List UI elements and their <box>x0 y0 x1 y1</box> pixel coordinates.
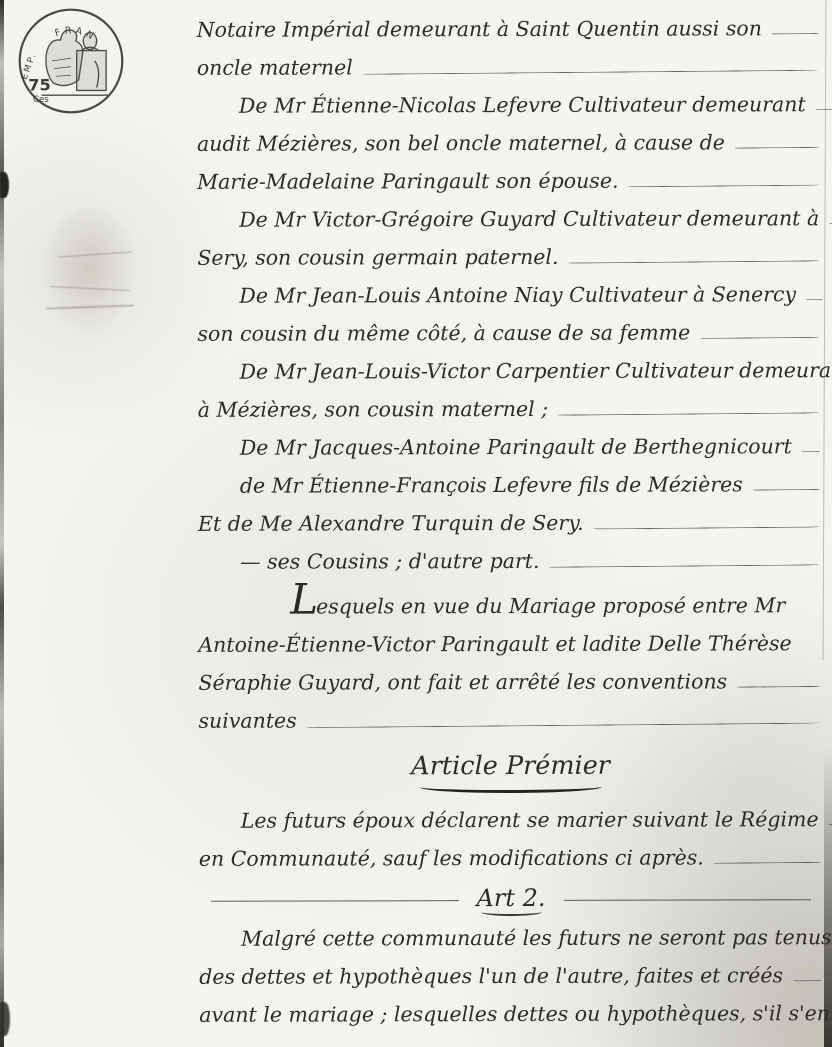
manuscript-line-text: — ses Cousins ; d'autre part. <box>240 542 540 581</box>
manuscript-line-text: oncle maternel <box>197 48 353 86</box>
manuscript-line-text: De Mr Jean-Louis Antoine Niay Cultivateu… <box>239 275 796 314</box>
ink-blot <box>0 172 9 198</box>
stamp-denomination-unit: Ces <box>33 95 49 105</box>
manuscript-line: Les futurs époux déclarent se marier sui… <box>199 800 823 840</box>
manuscript-line-text: suivantes <box>198 702 296 740</box>
manuscript-line: en Communauté, sauf les modifications ci… <box>199 838 823 878</box>
ruled-filler-line <box>558 412 820 415</box>
manuscript-line-text: en Communauté, sauf les modifications ci… <box>199 838 704 877</box>
manuscript-line: de Mr Étienne-François Lefevre fils de M… <box>198 465 822 505</box>
manuscript-line: Séraphie Guyard, ont fait et arrêté les … <box>198 662 822 702</box>
manuscript-line: Art 2. <box>199 878 823 918</box>
ruled-filler-line <box>714 861 821 863</box>
ink-blot <box>0 1002 10 1036</box>
ruled-filler-line <box>700 336 819 338</box>
ruled-filler-line <box>735 146 819 148</box>
manuscript-line: De Mr Étienne-Nicolas Lefevre Cultivateu… <box>197 85 821 125</box>
manuscript-line-text: Notaire Impérial demeurant à Saint Quent… <box>197 9 762 48</box>
ruled-filler-line <box>594 526 820 529</box>
manuscript-line-text: Article Prémier <box>411 747 610 794</box>
manuscript-line: Lesquels en vue du Mariage proposé entre… <box>198 579 822 626</box>
manuscript-line: De Mr Jean-Louis Antoine Niay Cultivateu… <box>197 275 821 315</box>
manuscript-line: des dettes et hypothèques l'un de l'autr… <box>199 956 823 996</box>
manuscript-line-text: avant le mariage ; lesquelles dettes ou … <box>199 994 830 1034</box>
manuscript-line: audit Mézières, son bel oncle maternel, … <box>197 123 821 163</box>
ruled-filler-line <box>816 109 832 110</box>
manuscript-line-text: Antoine-Étienne-Victor Paringault et lad… <box>198 624 791 664</box>
ruled-filler-line <box>569 260 820 263</box>
manuscript-line: avant le mariage ; lesquelles dettes ou … <box>199 994 823 1034</box>
binding-edge-shadow <box>0 0 4 1047</box>
stamp-seated-figure <box>46 30 83 86</box>
manuscript-line-text: De Mr Étienne-Nicolas Lefevre Cultivateu… <box>239 85 806 124</box>
manuscript-line: Antoine-Étienne-Victor Paringault et lad… <box>198 624 822 664</box>
manuscript-scan: FRAN. EMP. 75 Ces Notaire Impérial demeu… <box>0 0 832 1047</box>
page-edge-line <box>823 0 827 660</box>
ruled-filler-line <box>806 299 822 300</box>
ruled-filler-line <box>772 33 819 34</box>
manuscript-line: De Mr Jacques-Antoine Paringault de Bert… <box>198 427 822 467</box>
ruled-filler-line <box>307 722 821 727</box>
manuscript-line-text: De Mr Victor-Grégoire Guyard Cultivateur… <box>239 199 819 239</box>
ruled-filler-line <box>802 451 820 452</box>
ruled-filler-line <box>753 488 820 490</box>
manuscript-line: suivantes <box>198 700 822 740</box>
manuscript-line-text: Et de Me Alexandre Turquin de Sery. <box>198 504 584 543</box>
manuscript-line-text: à Mézières, son cousin maternel ; <box>198 390 548 429</box>
ruled-filler-line <box>829 824 832 825</box>
manuscript-line: Notaire Impérial demeurant à Saint Quent… <box>197 9 821 49</box>
ruled-filler-line <box>550 564 821 567</box>
manuscript-line-text: De Mr Jean-Louis-Victor Carpentier Culti… <box>240 351 832 391</box>
manuscript-line: Article Prémier <box>199 746 823 796</box>
manuscript-line-text: Marie-Madelaine Paringault son épouse. <box>197 162 618 201</box>
manuscript-line: à Mézières, son cousin maternel ; <box>198 389 822 429</box>
scanned-document-page: { "page": { "kind": "scanned handwritten… <box>0 0 832 1047</box>
ruled-filler-line <box>628 184 819 187</box>
revenue-stamp-icon: FRAN. EMP. 75 Ces <box>14 4 128 118</box>
ruled-filler-line <box>737 685 820 687</box>
manuscript-line-text: De Mr Jacques-Antoine Paringault de Bert… <box>240 427 792 466</box>
manuscript-line-text: de Mr Étienne-François Lefevre fils de M… <box>240 465 743 504</box>
manuscript-line: oncle maternel <box>197 47 821 87</box>
ink-smudge <box>42 208 138 338</box>
ruled-filler-line <box>363 69 819 74</box>
manuscript-line: Et de Me Alexandre Turquin de Sery. <box>198 503 822 543</box>
manuscript-line-text: son cousin du même côté, à cause de sa f… <box>197 314 690 353</box>
manuscript-text: Notaire Impérial demeurant à Saint Quent… <box>197 9 824 1034</box>
manuscript-line: De Mr Jean-Louis-Victor Carpentier Culti… <box>198 351 822 391</box>
manuscript-line: son cousin du même côté, à cause de sa f… <box>197 313 821 353</box>
stamp-denomination: 75 <box>28 75 50 94</box>
manuscript-line-text: Art 2. <box>470 879 551 916</box>
manuscript-line-text: Sery, son cousin germain paternel. <box>197 238 558 277</box>
manuscript-line-text: des dettes et hypothèques l'un de l'autr… <box>199 956 783 996</box>
manuscript-line-text: Les futurs époux déclarent se marier sui… <box>241 800 819 840</box>
ruled-filler-line <box>793 980 821 981</box>
manuscript-line: Sery, son cousin germain paternel. <box>197 237 821 277</box>
manuscript-line-text: Malgré cette communauté les futurs ne se… <box>241 918 832 958</box>
manuscript-line-text: Lesquels en vue du Mariage proposé entre… <box>290 579 785 625</box>
manuscript-line: Marie-Madelaine Paringault son épouse. <box>197 161 821 201</box>
manuscript-line-text: Séraphie Guyard, ont fait et arrêté les … <box>198 662 727 701</box>
manuscript-line: De Mr Victor-Grégoire Guyard Cultivateur… <box>197 199 821 239</box>
manuscript-line: Malgré cette communauté les futurs ne se… <box>199 918 823 958</box>
manuscript-line-text: audit Mézières, son bel oncle maternel, … <box>197 123 725 162</box>
